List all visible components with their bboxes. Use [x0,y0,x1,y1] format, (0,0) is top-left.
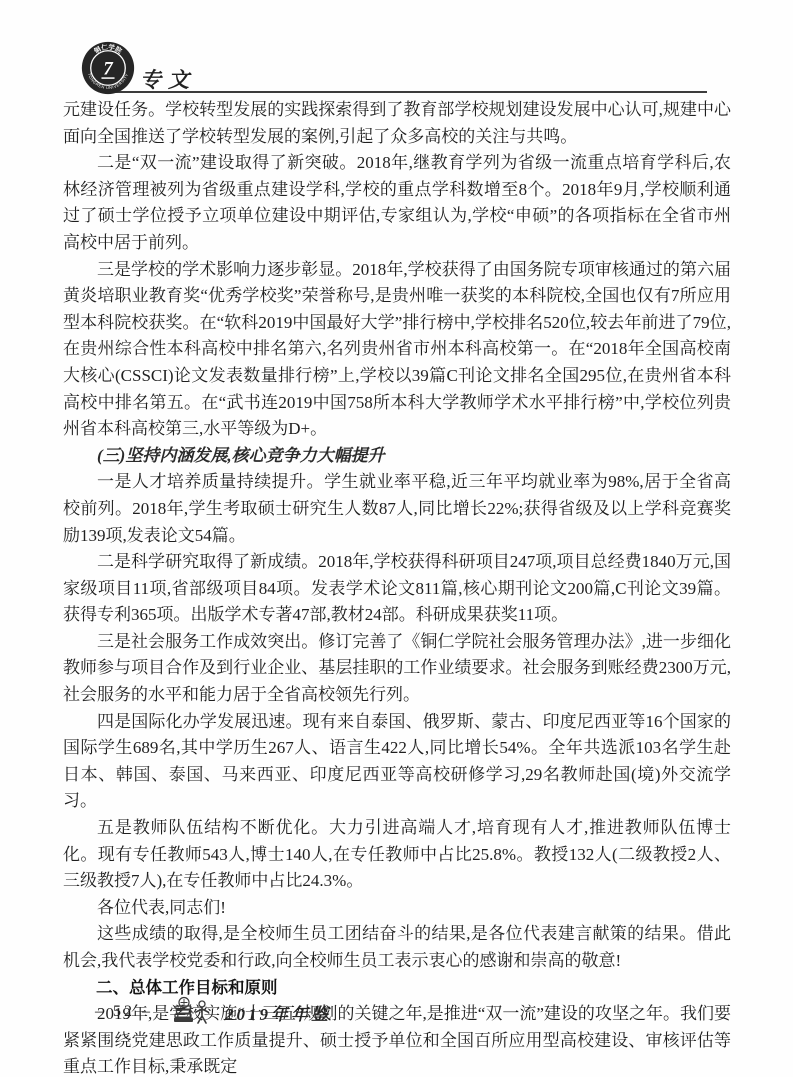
paragraph: 这些成绩的取得,是全校师生员工团结奋斗的结果,是各位代表建言献策的结果。借此机会… [63,921,731,974]
paragraph: 三是社会服务工作成效突出。修订完善了《铜仁学院社会服务管理办法》,进一步细化教师… [63,629,731,709]
paragraph: 三是学校的学术影响力逐步彰显。2018年,学校获得了由国务院专项审核通过的第六届… [63,257,731,443]
svg-text:7: 7 [103,59,113,80]
document-body: 元建设任务。学校转型发展的实践探索得到了教育部学校规划建设发展中心认可,规建中心… [63,97,731,1077]
paragraph: 元建设任务。学校转型发展的实践探索得到了教育部学校规划建设发展中心认可,规建中心… [63,97,731,150]
yearbook-logo-icon [171,996,215,1028]
paragraph: 四是国际化办学发展迅速。现有来自泰国、俄罗斯、蒙古、印度尼西亚等16个国家的国际… [63,709,731,815]
page-header: 铜仁学院 TONGREN UNIVERSITY 7 专文 [0,0,793,96]
paragraph: 二是“双一流”建设取得了新突破。2018年,继教育学列为省级一流重点培育学科后,… [63,150,731,256]
paragraph: 二是科学研究取得了新成绩。2018年,学校获得科研项目247项,项目总经费184… [63,549,731,629]
page-number: – 52 – [95,1003,153,1021]
paragraph: 各位代表,同志们! [63,895,731,922]
subsection-heading: (三)坚持内涵发展,核心竞争力大幅提升 [63,443,731,470]
paragraph: 一是人才培养质量持续提升。学生就业率平稳,近三年平均就业率为98%,居于全省高校… [63,469,731,549]
document-page: 铜仁学院 TONGREN UNIVERSITY 7 专文 元建设任务。学校转型发… [0,0,793,1077]
section-label: 专文 [140,64,196,94]
paragraph: 五是教师队伍结构不断优化。大力引进高端人才,培育现有人才,推进教师队伍博士化。现… [63,815,731,895]
page-footer: – 52 – 2019年年鉴 [95,994,331,1030]
university-seal-icon: 铜仁学院 TONGREN UNIVERSITY 7 [80,40,136,96]
yearbook-title: 2019年年鉴 [225,1000,331,1025]
